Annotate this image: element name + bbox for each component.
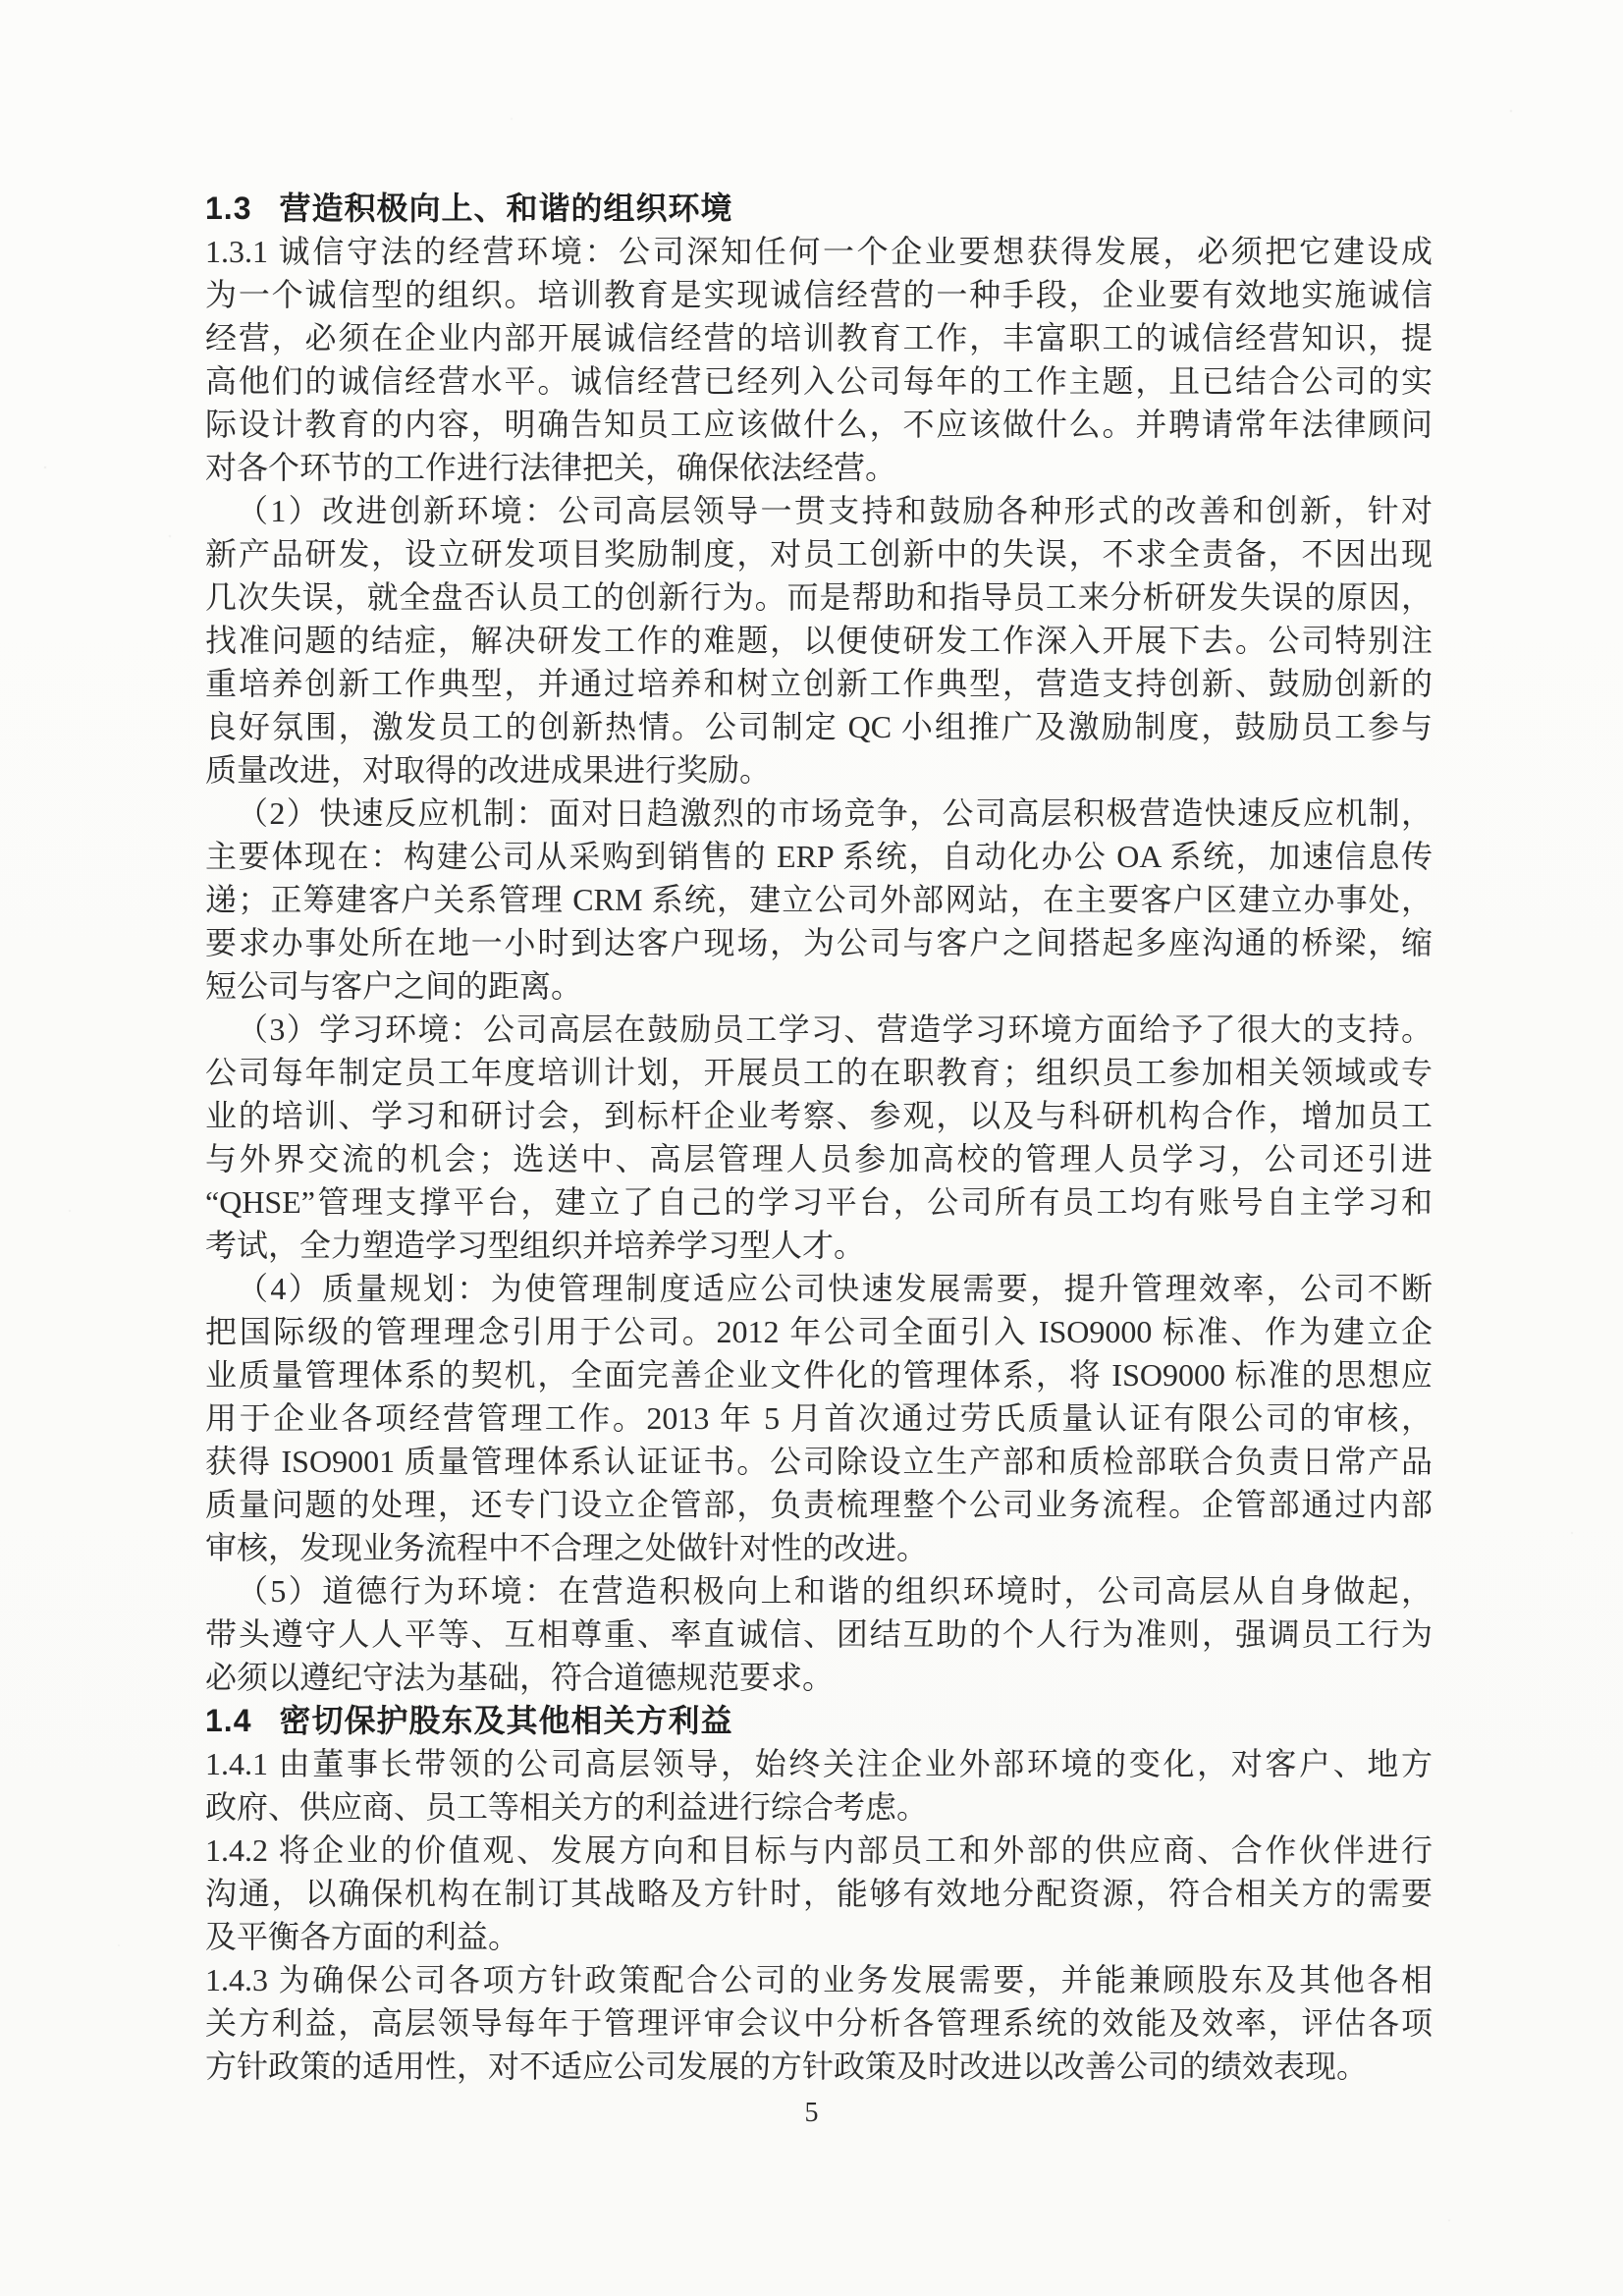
text-line: 主要体现在：构建公司从采购到销售的 ERP 系统，自动化办公 OA 系统，加速信… (205, 835, 1433, 878)
text-line: 考试，全力塑造学习型组织并培养学习型人才。 (205, 1224, 1433, 1267)
text-line: 为一个诚信型的组织。培训教育是实现诚信经营的一种手段，企业要有效地实施诚信 (205, 273, 1433, 316)
text-line: 及平衡各方面的利益。 (205, 1915, 1433, 1958)
text-line: 带头遵守人人平等、互相尊重、率直诚信、团结互助的个人行为准则，强调员工行为 (205, 1613, 1433, 1656)
text-line: （5）道德行为环境：在营造积极向上和谐的组织环境时，公司高层从自身做起， (205, 1569, 1433, 1613)
text-line: 经营，必须在企业内部开展诚信经营的培训教育工作，丰富职工的诚信经营知识，提 (205, 316, 1433, 359)
text-line: 与外界交流的机会；选送中、高层管理人员参加高校的管理人员学习，公司还引进 (205, 1137, 1433, 1180)
text-line: （4）质量规划：为使管理制度适应公司快速发展需要，提升管理效率，公司不断 (205, 1267, 1433, 1310)
text-line: 审核，发现业务流程中不合理之处做针对性的改进。 (205, 1526, 1433, 1569)
text-line: 1.4.2 将企业的价值观、发展方向和目标与内部员工和外部的供应商、合作伙伴进行 (205, 1829, 1433, 1872)
text-line: 沟通，以确保机构在制订其战略及方针时，能够有效地分配资源，符合相关方的需要 (205, 1872, 1433, 1915)
scan-noise (0, 0, 2, 2)
text-line: 际设计教育的内容，明确告知员工应该做什么，不应该做什么。并聘请常年法律顾问 (205, 403, 1433, 446)
text-line: 公司每年制定员工年度培训计划，开展员工的在职教育；组织员工参加相关领域或专 (205, 1051, 1433, 1094)
text-line: 找准问题的结症，解决研发工作的难题，以便使研发工作深入开展下去。公司特别注 (205, 619, 1433, 662)
section-title: 密切保护股东及其他相关方利益 (279, 1703, 732, 1738)
text-line: 1.4.3 为确保公司各项方针政策配合公司的业务发展需要，并能兼顾股东及其他各相 (205, 1958, 1433, 2001)
text-line: 业质量管理体系的契机，全面完善企业文件化的管理体系，将 ISO9000 标准的思… (205, 1353, 1433, 1396)
text-line: 质量改进，对取得的改进成果进行奖励。 (205, 748, 1433, 792)
text-line: 获得 ISO9001 质量管理体系认证证书。公司除设立生产部和质检部联合负责日常… (205, 1440, 1433, 1483)
text-line: 用于企业各项经营管理工作。2013 年 5 月首次通过劳氏质量认证有限公司的审核… (205, 1396, 1433, 1440)
text-line: 重培养创新工作典型，并通过培养和树立创新工作典型，营造支持创新、鼓励创新的 (205, 662, 1433, 705)
text-line: 要求办事处所在地一小时到达客户现场，为公司与客户之间搭起多座沟通的桥梁，缩 (205, 921, 1433, 964)
text-line: 政府、供应商、员工等相关方的利益进行综合考虑。 (205, 1785, 1433, 1829)
text-line: 方针政策的适用性，对不适应公司发展的方针政策及时改进以改善公司的绩效表现。 (205, 2045, 1433, 2088)
text-line: “QHSE”管理支撑平台，建立了自己的学习平台，公司所有员工均有账号自主学习和 (205, 1180, 1433, 1224)
text-line: 对各个环节的工作进行法律把关，确保依法经营。 (205, 446, 1433, 489)
text-line: 新产品研发，设立研发项目奖励制度，对员工创新中的失误，不求全责备，不因出现 (205, 532, 1433, 575)
text-line: 1.3.1 诚信守法的经营环境：公司深知任何一个企业要想获得发展，必须把它建设成 (205, 230, 1433, 273)
page-number: 5 (0, 2092, 1623, 2135)
text-line: （2）快速反应机制：面对日趋激烈的市场竞争，公司高层积极营造快速反应机制， (205, 792, 1433, 835)
text-line: 质量问题的处理，还专门设立企管部，负责梳理整个公司业务流程。企管部通过内部 (205, 1483, 1433, 1526)
section-heading: 1.3营造积极向上、和谐的组织环境 (205, 187, 1433, 230)
section-title: 营造积极向上、和谐的组织环境 (279, 191, 732, 226)
text-line: 良好氛围，激发员工的创新热情。公司制定 QC 小组推广及激励制度，鼓励员工参与 (205, 705, 1433, 748)
text-line: （3）学习环境：公司高层在鼓励员工学习、营造学习环境方面给予了很大的支持。 (205, 1008, 1433, 1051)
text-line: 递；正筹建客户关系管理 CRM 系统，建立公司外部网站，在主要客户区建立办事处， (205, 878, 1433, 921)
document-body: 1.3营造积极向上、和谐的组织环境1.3.1 诚信守法的经营环境：公司深知任何一… (205, 187, 1433, 2088)
text-line: 短公司与客户之间的距离。 (205, 964, 1433, 1008)
text-line: 高他们的诚信经营水平。诚信经营已经列入公司每年的工作主题，且已结合公司的实 (205, 359, 1433, 403)
text-line: 必须以遵纪守法为基础，符合道德规范要求。 (205, 1656, 1433, 1699)
section-number: 1.3 (205, 191, 251, 226)
text-line: 关方利益，高层领导每年于管理评审会议中分析各管理系统的效能及效率，评估各项 (205, 2001, 1433, 2045)
text-line: （1）改进创新环境：公司高层领导一贯支持和鼓励各种形式的改善和创新，针对 (205, 489, 1433, 532)
document-page: 1.3营造积极向上、和谐的组织环境1.3.1 诚信守法的经营环境：公司深知任何一… (0, 0, 1623, 2296)
section-heading: 1.4密切保护股东及其他相关方利益 (205, 1699, 1433, 1742)
text-line: 业的培训、学习和研讨会，到标杆企业考察、参观，以及与科研机构合作，增加员工 (205, 1094, 1433, 1137)
section-number: 1.4 (205, 1703, 251, 1738)
text-line: 1.4.1 由董事长带领的公司高层领导，始终关注企业外部环境的变化，对客户、地方 (205, 1742, 1433, 1785)
text-line: 把国际级的管理理念引用于公司。2012 年公司全面引入 ISO9000 标准、作… (205, 1310, 1433, 1353)
text-line: 几次失误，就全盘否认员工的创新行为。而是帮助和指导员工来分析研发失误的原因， (205, 575, 1433, 619)
